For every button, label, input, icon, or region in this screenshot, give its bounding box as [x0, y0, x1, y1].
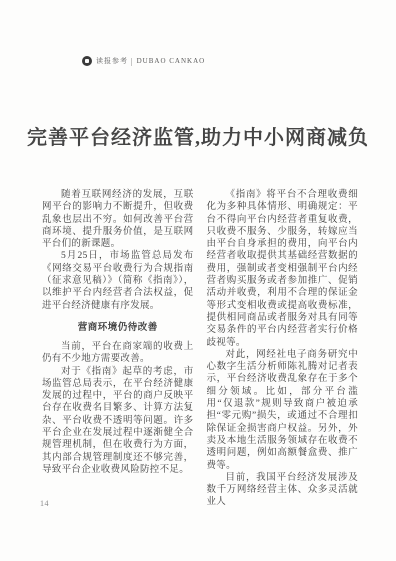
- masthead: 读报参考 | DUBAO CANKAO: [82, 56, 205, 66]
- article-body: 随着互联网经济的发展，互联网平台的影响力不断提升，但收费乱象也层出不穷。如何改善…: [42, 189, 358, 509]
- brand-name-cn: 读报参考: [96, 56, 128, 66]
- page-number: 14: [40, 499, 49, 508]
- paragraph: 对于《指南》起草的考虑，市场监管总局表示，在平台经济健康发展的过程中，平台的商户…: [42, 366, 194, 477]
- magazine-page: 读报参考 | DUBAO CANKAO 完善平台经济监管,助力中小网商减负 随着…: [0, 0, 396, 561]
- column-left: 随着互联网经济的发展，互联网平台的影响力不断提升，但收费乱象也层出不穷。如何改善…: [42, 189, 194, 509]
- paragraph: 当前，平台在商家端的收费上仍有不少地方需要改善。: [42, 341, 194, 366]
- article-title: 完善平台经济监管,助力中小网商减负: [0, 121, 396, 150]
- section-subheading: 营商环境仍待改善: [42, 319, 194, 333]
- paragraph: 目前，我国平台经济发展涉及数千万网络经营主体、众多灵活就业人: [207, 472, 359, 509]
- brand-logo-icon: [82, 56, 92, 66]
- column-right: 《指南》将平台不合理收费细化为多种具体情形、明确规定：平台不得向平台内经营者重复…: [207, 189, 359, 509]
- brand-text: 读报参考 | DUBAO CANKAO: [96, 56, 205, 66]
- brand-separator: |: [131, 57, 134, 66]
- brand-name-en: DUBAO CANKAO: [137, 57, 206, 65]
- paragraph: 《指南》将平台不合理收费细化为多种具体情形、明确规定：平台不得向平台内经营者重复…: [207, 189, 359, 349]
- paragraph: 对此，网经社电子商务研究中心数字生活分析师陈礼腾对记者表示，平台经济收费乱象存在…: [207, 349, 359, 472]
- paragraph: 随着互联网经济的发展，互联网平台的影响力不断提升，但收费乱象也层出不穷。如何改善…: [42, 189, 194, 250]
- paragraph: 5月25日，市场监管总局发布《网络交易平台收费行为合规指南（征求意见稿）》（简称…: [42, 250, 194, 311]
